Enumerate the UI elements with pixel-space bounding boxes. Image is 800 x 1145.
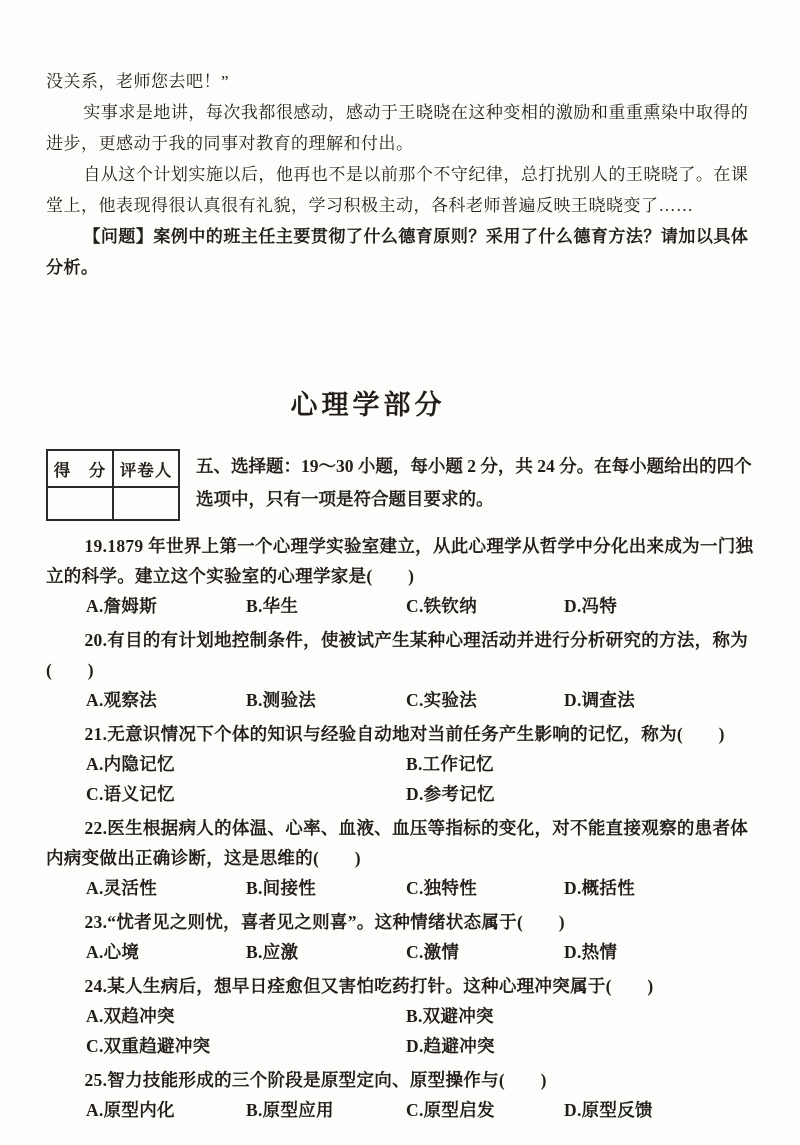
section-title: 心理学部分: [46, 387, 690, 423]
score-instruction-row: 得 分 评卷人 五、选择题：19～30 小题，每小题 2 分，共 24 分。在每…: [46, 449, 760, 521]
grader-value-cell: [113, 487, 179, 520]
question: 22.医生根据病人的体温、心率、血液、血压等指标的变化，对不能直接观察的患者体内…: [46, 813, 760, 903]
option: C.激情: [406, 937, 564, 967]
option: A.原型内化: [86, 1095, 246, 1125]
option-list: A.原型内化B.原型应用C.原型启发D.原型反馈: [46, 1095, 760, 1125]
option: D.趋避冲突: [406, 1031, 760, 1061]
option: A.灵活性: [86, 873, 246, 903]
option: B.工作记忆: [406, 749, 760, 779]
option: C.铁钦纳: [406, 591, 564, 621]
question-stem: 24.某人生病后，想早日痊愈但又害怕吃药打针。这种心理冲突属于( ): [46, 971, 760, 1001]
option: C.原型启发: [406, 1095, 564, 1125]
option: A.詹姆斯: [86, 591, 246, 621]
case-question-prompt: 【问题】案例中的班主任主要贯彻了什么德育原则？采用了什么德育方法？请加以具体分析…: [46, 221, 760, 283]
option: D.热情: [564, 937, 760, 967]
scanned-exam-page: 没关系，老师您去吧！” 实事求是地讲，每次我都很感动，感动于王晓晓在这种变相的激…: [0, 0, 800, 1145]
case-paragraph-3: 自从这个计划实施以后，他再也不是以前那个不守纪律，总打扰别人的王晓晓了。在课堂上…: [46, 159, 760, 221]
question-list: 19.1879 年世界上第一个心理学实验室建立，从此心理学从哲学中分化出来成为一…: [46, 531, 760, 1125]
option: D.冯特: [564, 591, 760, 621]
option: A.内隐记忆: [86, 749, 406, 779]
question-stem: 23.“忧者见之则忧，喜者见之则喜”。这种情绪状态属于( ): [46, 907, 760, 937]
question-stem: 20.有目的有计划地控制条件，使被试产生某种心理活动并进行分析研究的方法，称为(…: [46, 625, 760, 685]
score-value-cell: [47, 487, 113, 520]
option-list: A.内隐记忆B.工作记忆C.语义记忆D.参考记忆: [46, 749, 760, 809]
score-label: 得 分: [47, 450, 113, 487]
option: C.独特性: [406, 873, 564, 903]
option-list: A.心境B.应激C.激情D.热情: [46, 937, 760, 967]
option: D.参考记忆: [406, 779, 760, 809]
option-list: A.灵活性B.间接性C.独特性D.概括性: [46, 873, 760, 903]
question: 24.某人生病后，想早日痊愈但又害怕吃药打针。这种心理冲突属于( ) A.双趋冲…: [46, 971, 760, 1061]
question: 25.智力技能形成的三个阶段是原型定向、原型操作与( ) A.原型内化B.原型应…: [46, 1065, 760, 1125]
question-stem: 25.智力技能形成的三个阶段是原型定向、原型操作与( ): [46, 1065, 760, 1095]
option-list: A.双趋冲突B.双避冲突C.双重趋避冲突D.趋避冲突: [46, 1001, 760, 1061]
option: C.语义记忆: [86, 779, 406, 809]
grader-label: 评卷人: [113, 450, 179, 487]
option: D.调查法: [564, 685, 760, 715]
section-instruction: 五、选择题：19～30 小题，每小题 2 分，共 24 分。在每小题给出的四个选…: [196, 449, 760, 516]
question: 20.有目的有计划地控制条件，使被试产生某种心理活动并进行分析研究的方法，称为(…: [46, 625, 760, 715]
option: C.实验法: [406, 685, 564, 715]
question: 21.无意识情况下个体的知识与经验自动地对当前任务产生影响的记忆，称为( ) A…: [46, 719, 760, 809]
option: B.双避冲突: [406, 1001, 760, 1031]
option-list: A.观察法B.测验法C.实验法D.调查法: [46, 685, 760, 715]
question-stem: 22.医生根据病人的体温、心率、血液、血压等指标的变化，对不能直接观察的患者体内…: [46, 813, 760, 873]
option: A.心境: [86, 937, 246, 967]
case-paragraph-1: 没关系，老师您去吧！”: [46, 66, 760, 97]
question-stem: 19.1879 年世界上第一个心理学实验室建立，从此心理学从哲学中分化出来成为一…: [46, 531, 760, 591]
case-paragraph-2: 实事求是地讲，每次我都很感动，感动于王晓晓在这种变相的激励和重重熏染中取得的进步…: [46, 97, 760, 159]
option: B.原型应用: [246, 1095, 406, 1125]
score-table: 得 分 评卷人: [46, 449, 180, 521]
question: 19.1879 年世界上第一个心理学实验室建立，从此心理学从哲学中分化出来成为一…: [46, 531, 760, 621]
option: B.测验法: [246, 685, 406, 715]
question: 23.“忧者见之则忧，喜者见之则喜”。这种情绪状态属于( ) A.心境B.应激C…: [46, 907, 760, 967]
option: D.概括性: [564, 873, 760, 903]
question-stem: 21.无意识情况下个体的知识与经验自动地对当前任务产生影响的记忆，称为( ): [46, 719, 760, 749]
option: D.原型反馈: [564, 1095, 760, 1125]
option: A.双趋冲突: [86, 1001, 406, 1031]
option: B.华生: [246, 591, 406, 621]
option: B.应激: [246, 937, 406, 967]
option-list: A.詹姆斯B.华生C.铁钦纳D.冯特: [46, 591, 760, 621]
option: B.间接性: [246, 873, 406, 903]
option: C.双重趋避冲突: [86, 1031, 406, 1061]
option: A.观察法: [86, 685, 246, 715]
